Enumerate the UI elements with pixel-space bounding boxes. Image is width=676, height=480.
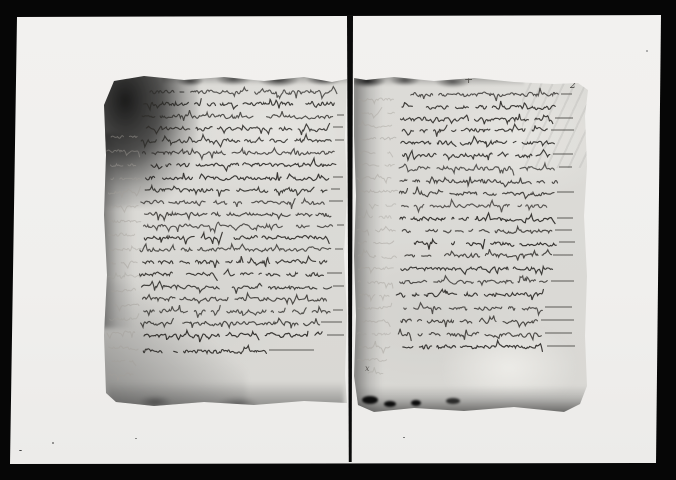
dust-speck	[403, 437, 405, 438]
handwriting-right-page	[354, 76, 588, 412]
margin-mark: x	[365, 364, 370, 373]
handwriting-left-page	[104, 75, 347, 406]
dust-speck	[646, 50, 648, 52]
dust-speck	[52, 442, 54, 444]
manuscript-page-right: + 2 x	[354, 76, 588, 412]
microfilm-scan-frame: + 2 x	[0, 0, 676, 480]
dust-speck	[135, 438, 137, 439]
dust-speck	[19, 450, 22, 451]
manuscript-page-left	[104, 75, 347, 406]
